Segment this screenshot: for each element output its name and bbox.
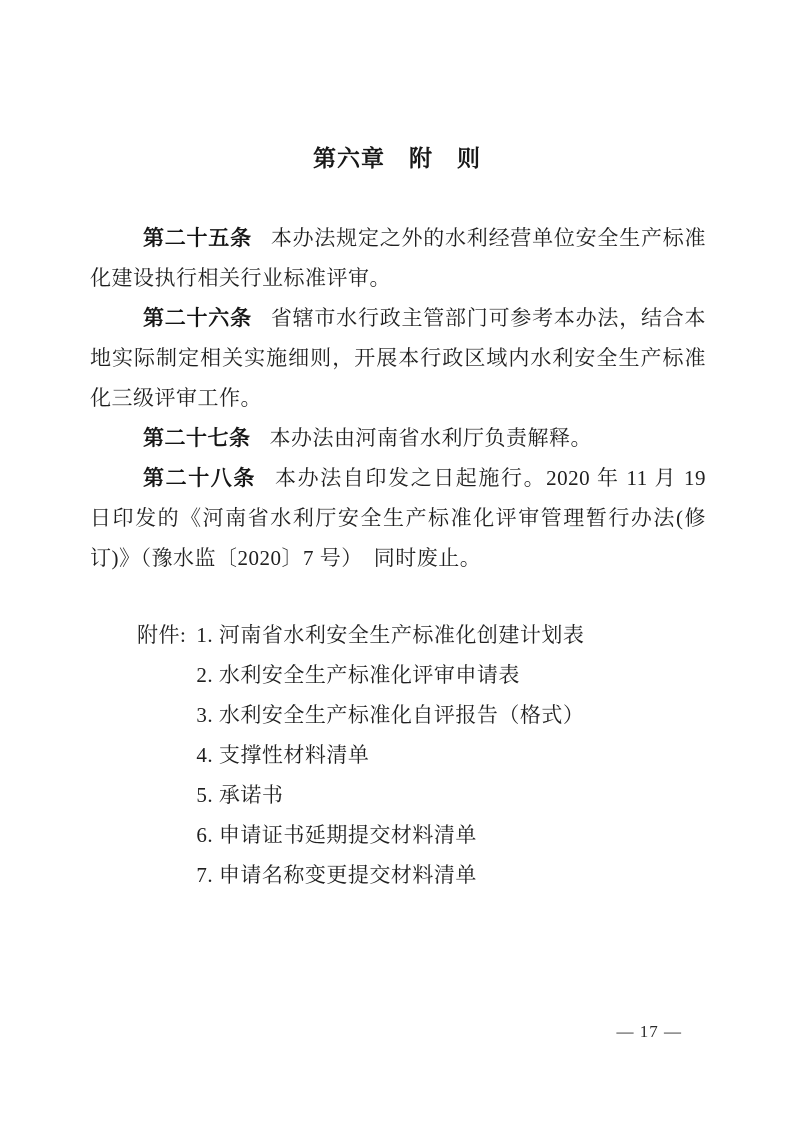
clause-paragraph: 第二十五条本办法规定之外的水利经营单位安全生产标准化建设执行相关行业标准评审。 [90,218,706,298]
attachment-item: 4. 支撑性材料清单 [196,735,584,775]
clause-paragraph: 第二十六条省辖市水行政主管部门可参考本办法，结合本地实际制定相关实施细则，开展本… [90,298,706,418]
clause-number: 第二十七条 [143,426,251,450]
chapter-title: 第六章 附 则 [0,140,794,173]
attachments-label: 附件: [137,615,186,655]
clause-paragraph: 第二十七条本办法由河南省水利厅负责解释。 [90,418,706,458]
clause-number: 第二十六条 [143,306,252,330]
clause-number: 第二十八条 [143,466,256,490]
document-body: 第二十五条本办法规定之外的水利经营单位安全生产标准化建设执行相关行业标准评审。 … [90,218,706,578]
attachments-block: 附件: 1. 河南省水利安全生产标准化创建计划表 2. 水利安全生产标准化评审申… [137,615,584,895]
attachment-item: 5. 承诺书 [196,775,584,815]
attachments-list: 1. 河南省水利安全生产标准化创建计划表 2. 水利安全生产标准化评审申请表 3… [196,615,584,895]
attachment-item: 7. 申请名称变更提交材料清单 [196,855,584,895]
clause-paragraph: 第二十八条本办法自印发之日起施行。2020 年 11 月 19 日印发的《河南省… [90,458,706,578]
attachment-item: 2. 水利安全生产标准化评审申请表 [196,655,584,695]
page-number: — 17 — [617,1019,683,1045]
clause-text: 本办法由河南省水利厅负责解释。 [270,426,593,450]
attachment-item: 3. 水利安全生产标准化自评报告（格式） [196,695,584,735]
document-page: 第六章 附 则 第二十五条本办法规定之外的水利经营单位安全生产标准化建设执行相关… [0,0,794,1123]
attachment-item: 6. 申请证书延期提交材料清单 [196,815,584,855]
clause-number: 第二十五条 [143,226,252,250]
attachment-item: 1. 河南省水利安全生产标准化创建计划表 [196,615,584,655]
